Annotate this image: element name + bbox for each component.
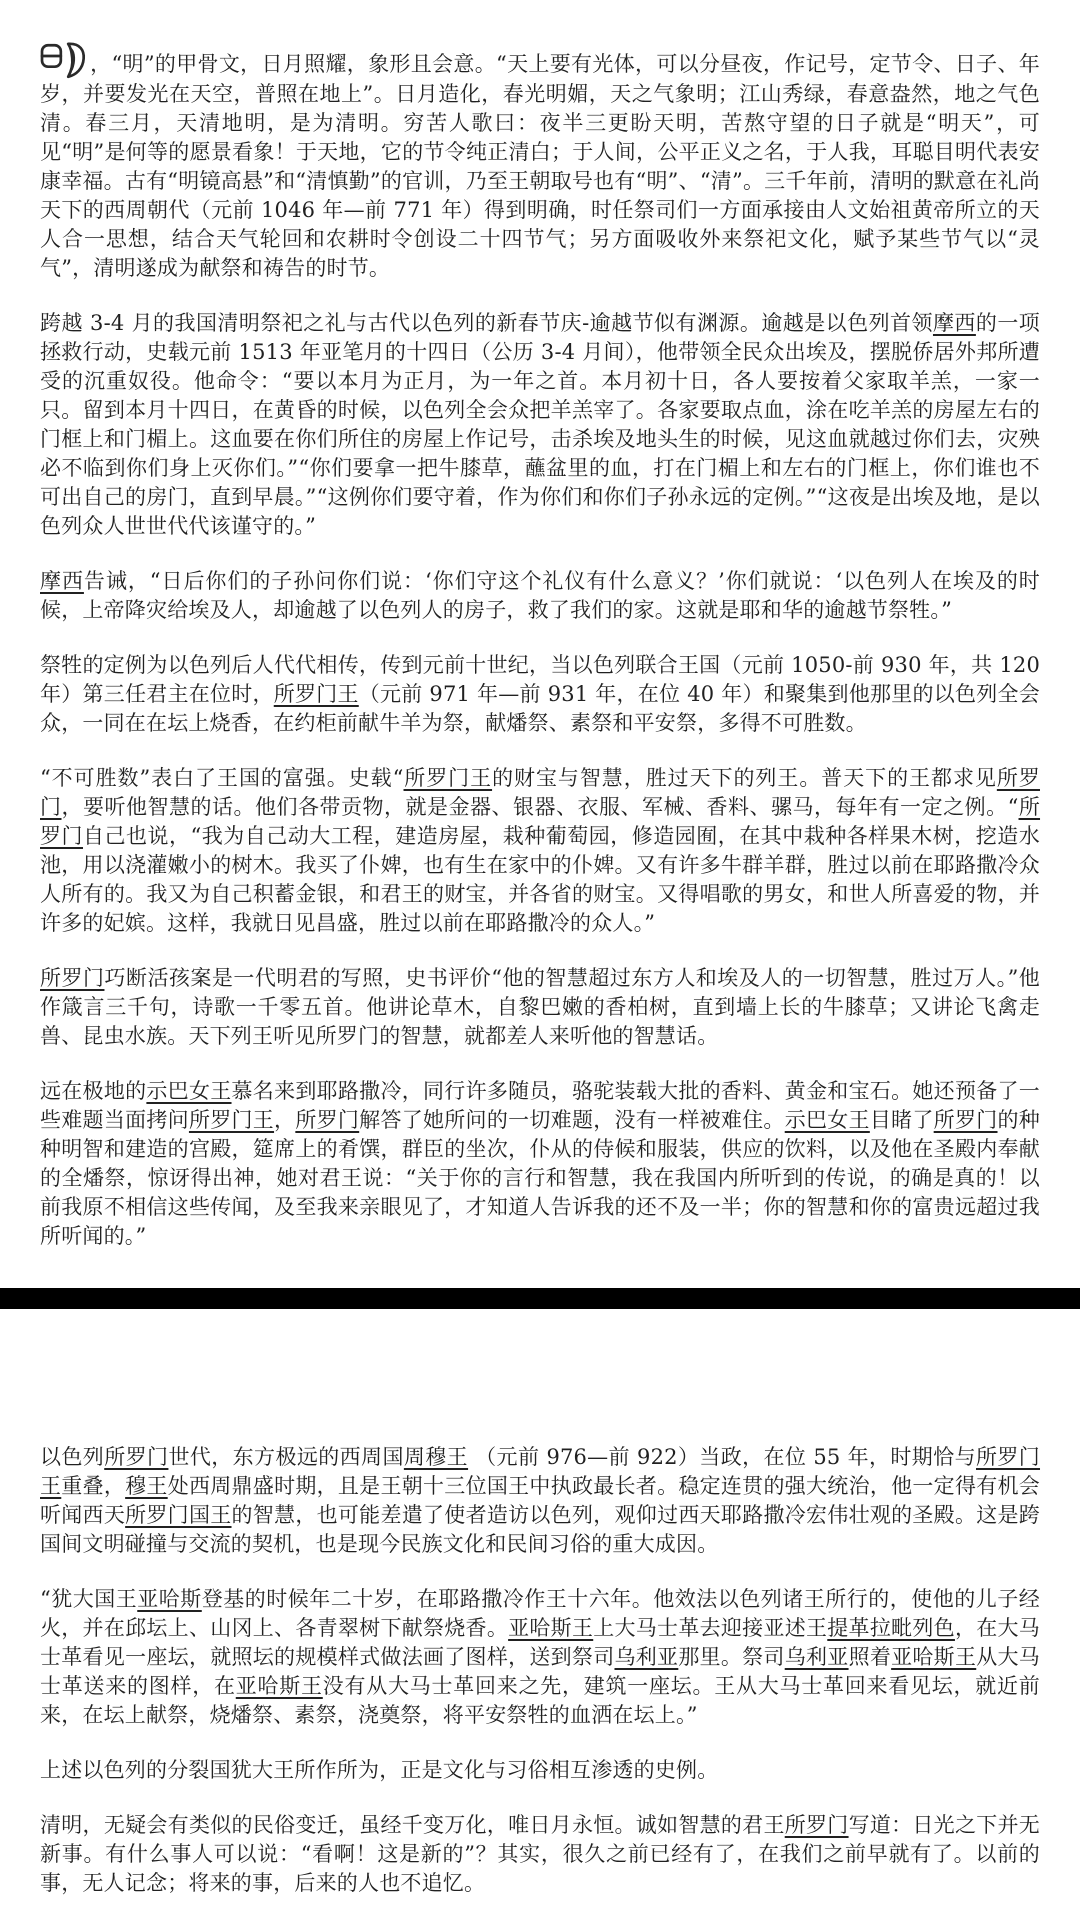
paragraph-judah-example: 上述以色列的分裂国犹大王所作所为，正是文化与习俗相互渗透的史例。 [40, 1756, 1040, 1785]
paragraph-text: 远在极地的示巴女王慕名来到耶路撒冷，同行许多随员，骆驼装载大批的香料、黄金和宝石… [40, 1079, 1040, 1248]
person-name-underlined: 所罗门王 [274, 682, 359, 706]
person-name-underlined: 周穆王 [404, 1445, 468, 1469]
text-run: 重叠， [61, 1474, 125, 1498]
paragraph-text: 上述以色列的分裂国犹大王所作所为，正是文化与习俗相互渗透的史例。 [40, 1758, 718, 1782]
paragraph-text: ，“明”的甲骨文，日月照耀，象形且会意。“天上要有光体，可以分昼夜，作记号，定节… [40, 52, 1040, 280]
person-name-underlined: 亚哈斯王 [236, 1674, 323, 1698]
paragraph-sacrifice-tradition: 祭牲的定例为以色列后人代代相传，传到元前十世纪，当以色列联合王国（元前 1050… [40, 651, 1040, 738]
person-name-underlined: 所罗门王 [189, 1108, 274, 1132]
text-run: ，“明”的甲骨文，日月照耀，象形且会意。“天上要有光体，可以分昼夜，作记号，定节… [40, 52, 1040, 280]
page-break-divider [0, 1288, 1080, 1309]
person-name-underlined: 所罗门国王 [125, 1503, 231, 1527]
text-run: 告诫，“日后你们的子孙问你们说：‘你们守这个礼仪有什么意义？’你们就说：‘以色列… [40, 569, 1040, 622]
person-name-underlined: 乌利亚 [785, 1645, 849, 1669]
text-run: “不可胜数”表白了王国的富强。史载“ [40, 766, 404, 790]
paragraph-text: 清明，无疑会有类似的民俗变迁，虽经千变万化，唯日月永恒。诚如智慧的君王所罗门写道… [40, 1813, 1040, 1895]
text-run: ， [274, 1108, 295, 1132]
text-run: 世代，东方极远的西周国 [168, 1445, 403, 1469]
paragraph-text: 所罗门巧断活孩案是一代明君的写照，史书评价“他的智慧超过东方人和埃及人的一切智慧… [40, 966, 1040, 1048]
text-run: 的财宝与智慧，胜过天下的列王。普天下的王都求见 [492, 766, 997, 790]
person-name-underlined: 所罗门 [934, 1108, 998, 1132]
paragraph-passover: 跨越 3-4 月的我国清明祭祀之礼与古代以色列的新春节庆-逾越节似有渊源。逾越是… [40, 309, 1040, 541]
person-name-underlined: 亚哈斯 [137, 1587, 202, 1611]
oracle-bone-ming-icon [40, 40, 87, 80]
paragraph-kingdom-wealth: “不可胜数”表白了王国的富强。史载“所罗门王的财宝与智慧，胜过天下的列王。普天下… [40, 764, 1040, 938]
paragraph-king-ahaz: “犹大国王亚哈斯登基的时候年二十岁，在耶路撒冷作王十六年。他效法以色列诸王所行的… [40, 1585, 1040, 1730]
person-name-underlined: 穆王 [125, 1474, 168, 1498]
person-name-underlined: 所罗门 [40, 966, 104, 990]
paragraph-queen-of-sheba: 远在极地的示巴女王慕名来到耶路撒冷，同行许多随员，骆驼装载大批的香料、黄金和宝石… [40, 1077, 1040, 1251]
document-page-1: ，“明”的甲骨文，日月照耀，象形且会意。“天上要有光体，可以分昼夜，作记号，定节… [0, 0, 1080, 1288]
person-name-underlined: 所罗门 [785, 1813, 849, 1837]
text-run: 自己也说，“我为自己动大工程，建造房屋，栽种葡萄园，修造园囿，在其中栽种各样果木… [40, 824, 1040, 935]
person-name-underlined: 乌利亚 [614, 1645, 678, 1669]
paragraph-text: 以色列所罗门世代，东方极远的西周国周穆王 （元前 976—前 922）当政，在位… [40, 1445, 1040, 1556]
text-run: （元前 976—前 922）当政，在位 55 年，时期恰与 [468, 1445, 976, 1469]
paragraph-solomon-wisdom: 所罗门巧断活孩案是一代明君的写照，史书评价“他的智慧超过东方人和埃及人的一切智慧… [40, 964, 1040, 1051]
paragraph-text: “不可胜数”表白了王国的富强。史载“所罗门王的财宝与智慧，胜过天下的列王。普天下… [40, 766, 1040, 935]
person-name-underlined: 摩西 [933, 311, 976, 335]
person-name-underlined: 示巴女王 [785, 1108, 870, 1132]
text-run: 的一项拯救行动，史载元前 1513 年亚笔月的十四日（公历 3-4 月间），他带… [40, 311, 1040, 538]
document-page-2: 以色列所罗门世代，东方极远的西周国周穆王 （元前 976—前 922）当政，在位… [0, 1309, 1080, 1920]
person-name-underlined: 所罗门 [104, 1445, 168, 1469]
text-run: 清明，无疑会有类似的民俗变迁，虽经千变万化，唯日月永恒。诚如智慧的君王 [40, 1813, 785, 1837]
person-name-underlined: 亚哈斯王 [891, 1645, 976, 1669]
person-name-underlined: 示巴女王 [146, 1079, 231, 1103]
paragraph-text: 跨越 3-4 月的我国清明祭祀之礼与古代以色列的新春节庆-逾越节似有渊源。逾越是… [40, 311, 1040, 538]
paragraph-king-mu: 以色列所罗门世代，东方极远的西周国周穆王 （元前 976—前 922）当政，在位… [40, 1443, 1040, 1559]
paragraph-text: 摩西告诫，“日后你们的子孙问你们说：‘你们守这个礼仪有什么意义？’你们就说：‘以… [40, 569, 1040, 622]
person-name-underlined: 所罗门王 [404, 766, 493, 790]
paragraph-moses-warning: 摩西告诫，“日后你们的子孙问你们说：‘你们守这个礼仪有什么意义？’你们就说：‘以… [40, 567, 1040, 625]
text-run: 跨越 3-4 月的我国清明祭祀之礼与古代以色列的新春节庆-逾越节似有渊源。逾越是… [40, 311, 933, 335]
paragraph-qingming-conclusion: 清明，无疑会有类似的民俗变迁，虽经千变万化，唯日月永恒。诚如智慧的君王所罗门写道… [40, 1811, 1040, 1898]
paragraph-text: “犹大国王亚哈斯登基的时候年二十岁，在耶路撒冷作王十六年。他效法以色列诸王所行的… [40, 1587, 1040, 1727]
text-run: 目睹了 [870, 1108, 934, 1132]
person-name-underlined: 摩西 [40, 569, 84, 593]
text-run: 上述以色列的分裂国犹大王所作所为，正是文化与习俗相互渗透的史例。 [40, 1758, 718, 1782]
paragraph-text: 祭牲的定例为以色列后人代代相传，传到元前十世纪，当以色列联合王国（元前 1050… [40, 653, 1040, 735]
text-run: 上大马士革去迎接亚述王 [593, 1616, 827, 1640]
text-run: 以色列 [40, 1445, 104, 1469]
text-run: 巧断活孩案是一代明君的写照，史书评价“他的智慧超过东方人和埃及人的一切智慧，胜过… [40, 966, 1040, 1048]
text-run: ，要听他智慧的话。他们各带贡物，就是金器、银器、衣服、军械、香料、骡马，每年有一… [62, 795, 1019, 819]
text-run: 那里。祭司 [678, 1645, 784, 1669]
text-run: 远在极地的 [40, 1079, 146, 1103]
paragraph-ming-oracle: ，“明”的甲骨文，日月照耀，象形且会意。“天上要有光体，可以分昼夜，作记号，定节… [40, 40, 1040, 283]
person-name-underlined: 提革拉毗列色 [827, 1616, 955, 1640]
text-run: “犹大国王 [40, 1587, 137, 1611]
text-run: 解答了她所问的一切难题，没有一样被难住。 [359, 1108, 785, 1132]
person-name-underlined: 所罗门 [295, 1108, 359, 1132]
text-run: 照着 [849, 1645, 892, 1669]
person-name-underlined: 亚哈斯王 [508, 1616, 593, 1640]
document-viewer: ，“明”的甲骨文，日月照耀，象形且会意。“天上要有光体，可以分昼夜，作记号，定节… [0, 0, 1080, 1920]
